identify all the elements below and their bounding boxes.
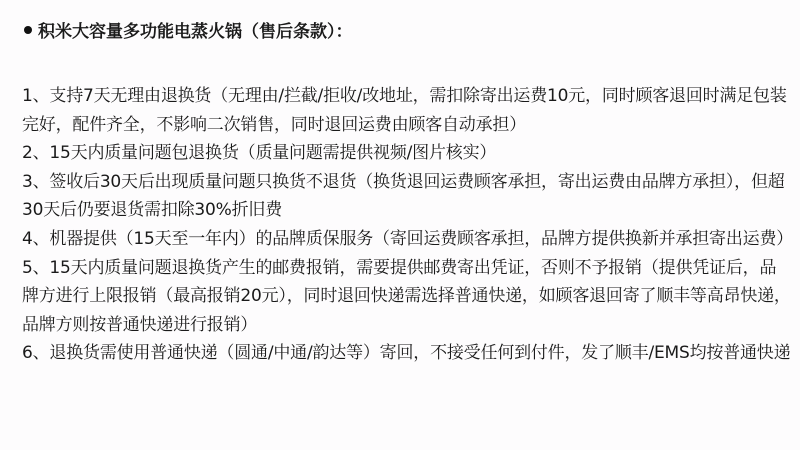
terms-list: 1、支持7天无理由退换货（无理由/拦截/拒收/改地址，需扣除寄出运费10元，同时… — [22, 82, 792, 368]
terms-item-4: 4、机器提供（15天至一年内）的品牌质保服务（寄回运费顾客承担，品牌方提供换新并… — [22, 225, 792, 254]
terms-item-3: 3、签收后30天后出现质量问题只换货不退货（换货退回运费顾客承担，寄出运费由品牌… — [22, 168, 792, 225]
terms-item-6: 6、退换货需使用普通快递（圆通/中通/韵达等）寄回，不接受任何到付件，发了顺丰/… — [22, 339, 792, 368]
terms-item-1: 1、支持7天无理由退换货（无理由/拦截/拒收/改地址，需扣除寄出运费10元，同时… — [22, 82, 792, 139]
bullet-icon — [24, 26, 32, 34]
terms-item-2: 2、15天内质量问题包退换货（质量问题需提供视频/图片核实） — [22, 139, 792, 168]
document-title-row: 积米大容量多功能电蒸火锅（售后条款）： — [24, 18, 353, 46]
document-title: 积米大容量多功能电蒸火锅（售后条款）： — [38, 22, 353, 42]
terms-item-5: 5、15天内质量问题退换货产生的邮费报销，需要提供邮费寄出凭证，否则不予报销（提… — [22, 254, 792, 340]
after-sales-terms-document: 积米大容量多功能电蒸火锅（售后条款）： 1、支持7天无理由退换货（无理由/拦截/… — [0, 0, 800, 450]
